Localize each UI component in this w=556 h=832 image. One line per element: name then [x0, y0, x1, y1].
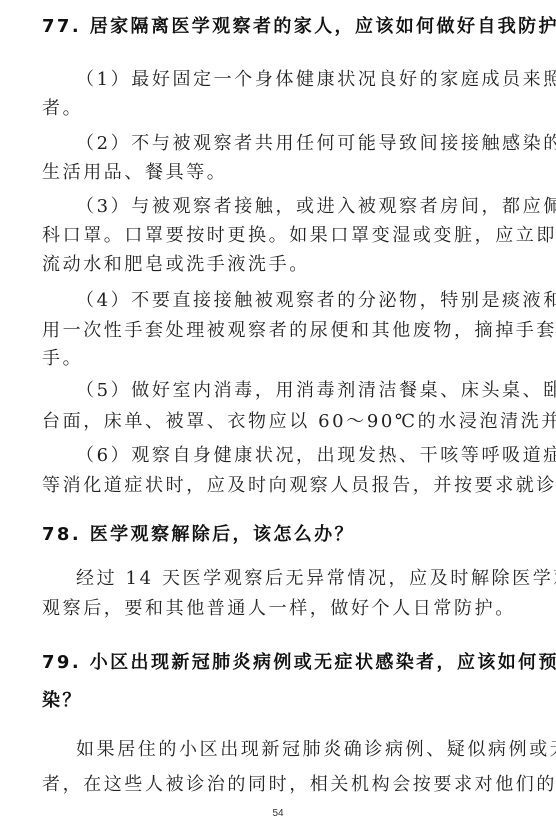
- section-77-para-6-line-2: 等消化道症状时，应及时向观察人员报告，并按要求就诊。: [42, 475, 556, 497]
- section-77-para-3-line-1: （3）与被观察者接触，或进入被观察者房间，都应佩戴医用外: [76, 196, 556, 218]
- section-77-para-5-line-2: 台面，床单、被罩、衣物应以 60～90℃的水浸泡清洗并彻底烘干。: [42, 411, 556, 433]
- section-78-para-1-line-2: 观察后，要和其他普通人一样，做好个人日常防护。: [42, 598, 516, 620]
- section-78-heading: 78. 医学观察解除后，该怎么办？: [42, 524, 355, 546]
- section-77-para-2-line-1: （2）不与被观察者共用任何可能导致间接接触感染的物品，如: [76, 133, 556, 155]
- section-79-heading-line-1: 79. 小区出现新冠肺炎病例或无症状感染者，应该如何预防传: [42, 652, 556, 674]
- section-79-para-1-line-1: 如果居住的小区出现新冠肺炎确诊病例、疑似病例或无症状感染: [76, 739, 556, 761]
- section-78-para-1-line-1: 经过 14 天医学观察后无异常情况，应及时解除医学观察。解除: [76, 568, 556, 590]
- section-77-para-4-line-2: 用一次性手套处理被观察者的尿便和其他废物，摘掉手套后也需要洗: [42, 320, 556, 342]
- section-77-heading: 77. 居家隔离医学观察者的家人，应该如何做好自我防护？: [42, 16, 556, 38]
- section-77-para-2-line-2: 生活用品、餐具等。: [42, 162, 227, 184]
- section-77-para-6-line-1: （6）观察自身健康状况，出现发热、干咳等呼吸道症状或腹泻: [76, 445, 556, 467]
- section-77-para-5-line-1: （5）做好室内消毒，用消毒剂清洁餐桌、床头桌、卧室家具等: [76, 380, 556, 402]
- section-77-para-3-line-2: 科口罩。口罩要按时更换。如果口罩变湿或变脏，应立即更换，并用: [42, 225, 556, 247]
- section-79-heading-line-2: 染？: [42, 690, 83, 712]
- section-77-para-1-line-2: 者。: [42, 98, 83, 120]
- section-77-para-4-line-3: 手。: [42, 348, 83, 370]
- section-77-para-4-line-1: （4）不要直接接触被观察者的分泌物，特别是痰液和粪便。使: [76, 290, 556, 312]
- page-number: 54: [0, 808, 556, 819]
- section-77-para-3-line-3: 流动水和肥皂或洗手液洗手。: [42, 254, 310, 276]
- section-77-para-1-line-1: （1）最好固定一个身体健康状况良好的家庭成员来照看被观察: [76, 69, 556, 91]
- section-79-para-1-line-2: 者，在这些人被诊治的同时，相关机构会按要求对他们的密切接触者: [42, 774, 556, 796]
